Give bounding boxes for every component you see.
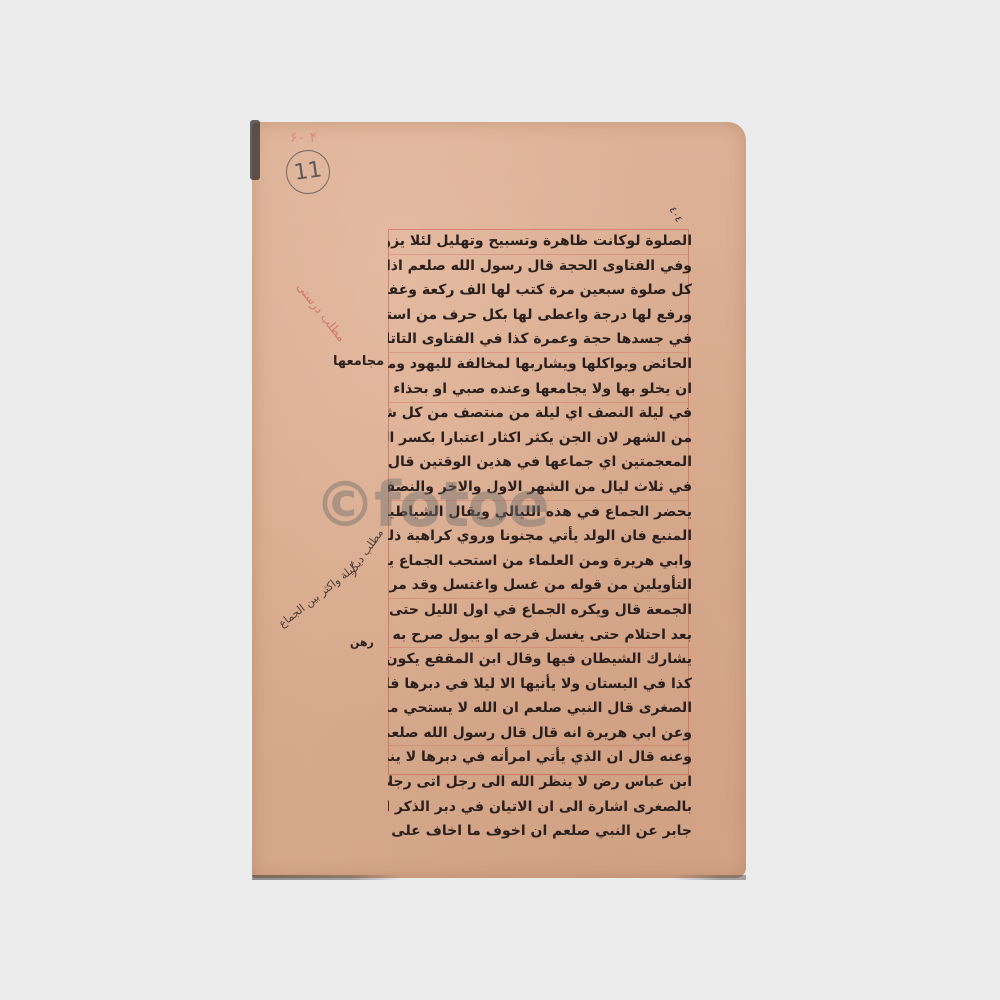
text-line: بالصغرى اشارة الى ان الاتيان في دبر الذك… <box>388 795 694 820</box>
text-line: ان يخلو بها ولا يجامعها وعنده صبي او بحذ… <box>388 377 694 402</box>
text-line: التأويلين من قوله من غسل واغتسل وقد مر ت… <box>388 573 694 598</box>
text-line: الصلوة لوكانت ظاهرة وتسبيح وتهليل لئلا ي… <box>388 229 694 254</box>
text-line: كذا في البستان ولا يأتيها الا ليلا في دب… <box>388 672 694 697</box>
red-ink-header-mark: ۶۰ ۴ <box>290 130 317 146</box>
text-line: وابي هريرة ومن العلماء من استحب الجماع ي… <box>388 549 694 574</box>
text-line: الصغرى قال النبي صلعم ان الله لا يستحي م… <box>388 696 694 721</box>
text-line: المنبع فان الولد يأتي مجنونا وروي كراهية… <box>388 524 694 549</box>
text-line: وعن ابي هريرة انه قال قال رسول الله صلعم… <box>388 721 694 746</box>
text-line: في ليلة النصف اي ليلة من منتصف من كل شهر… <box>388 401 694 426</box>
text-line: بعد احتلام حتى يغسل فرجه او يبول صرح به … <box>388 623 694 648</box>
text-line: الحائض ويواكلها ويشاربها لمخالفة لليهود … <box>388 352 694 377</box>
text-line: ورفع لها درجة واعطى لها بكل حرف من استغف… <box>388 303 694 328</box>
text-line: وفي الفتاوى الحجة قال رسول الله صلعم اذا… <box>388 254 694 279</box>
text-line: في جسدها حجة وعمرة كذا في الفتاوى التاتا… <box>388 327 694 352</box>
text-line: كل صلوة سبعين مرة كتب لها الف ركعة وغفر … <box>388 278 694 303</box>
text-line: الجمعة قال ويكره الجماع في اول الليل حتى… <box>388 598 694 623</box>
text-line: يشارك الشيطان فيها وقال ابن المقفع يكون … <box>388 647 694 672</box>
image-stage: ۶۰ ۴ 11 مطلب درستی ٤۰٤ الصلوة لوكانت ظاه… <box>0 0 1000 1000</box>
text-line: يحضر الجماع في هذه الليالي ويقال الشياطي… <box>388 500 694 525</box>
text-line: جابر عن النبي صلعم ان اخوف ما اخاف على ا… <box>388 819 694 844</box>
text-line: ابن عباس رض لا ينظر الله الى رجل اتى رجل… <box>388 770 694 795</box>
manuscript-text-body: الصلوة لوكانت ظاهرة وتسبيح وتهليل لئلا ي… <box>388 229 694 844</box>
margin-note-left-lower: رهن <box>350 636 374 649</box>
margin-note-left: مجامعها <box>333 354 384 369</box>
text-line: المعجمتين اي جماعها في هذين الوقتين قال … <box>388 450 694 475</box>
text-line: وعنه قال ان الذي يأتي امرأته في دبرها لا… <box>388 745 694 770</box>
text-line: في ثلاث ليال من الشهر الاول والاخر والنص… <box>388 475 694 500</box>
text-line: من الشهر لان الجن يكثر اكثار اعتبارا بكس… <box>388 426 694 451</box>
